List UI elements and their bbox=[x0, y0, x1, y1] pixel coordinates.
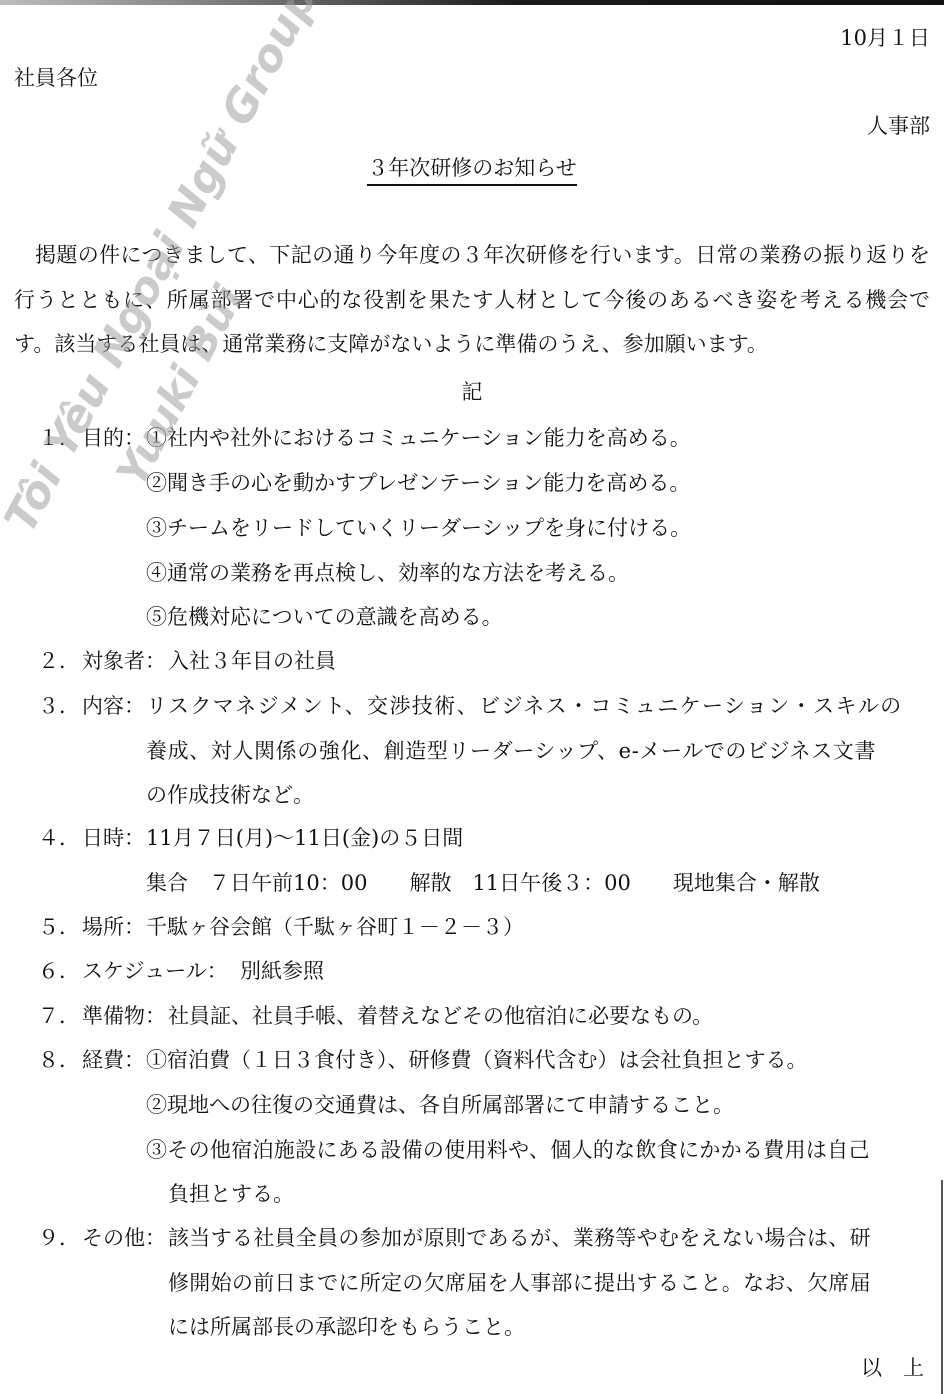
item-number: ９． bbox=[38, 1228, 80, 1249]
item-line: ①社内や社外におけるコミュニケーション能力を高める。 bbox=[146, 428, 691, 449]
item-line: 負担とする。 bbox=[168, 1184, 294, 1205]
ki-heading: 記 bbox=[0, 382, 944, 403]
item-number: ４． bbox=[38, 828, 80, 849]
item-label: 目的： bbox=[82, 428, 145, 449]
item-number: ６． bbox=[38, 961, 80, 982]
item-label: その他： bbox=[82, 1228, 166, 1249]
document-title-wrap: ３年次研修のお知らせ bbox=[0, 158, 944, 186]
item-line: ②現地への往復の交通費は、各自所属部署にて申請すること。 bbox=[146, 1095, 734, 1116]
item-number: ８． bbox=[38, 1050, 80, 1071]
item-line: 入社３年目の社員 bbox=[168, 651, 336, 672]
item-number: １． bbox=[38, 428, 80, 449]
item-label: 経費： bbox=[82, 1050, 145, 1071]
item-line: 千駄ヶ谷会館（千駄ヶ谷町１－２－３） bbox=[146, 917, 524, 938]
body-paragraph: 掲題の件につきまして、下記の通り今年度の３年次研修を行います。日常の業務の振り返… bbox=[14, 233, 930, 367]
item-number: ５． bbox=[38, 917, 80, 938]
closing-mark: 以 上 bbox=[861, 1358, 924, 1379]
document-title: ３年次研修のお知らせ bbox=[367, 158, 576, 186]
item-line: 別紙参照 bbox=[240, 961, 324, 982]
item-label: 日時： bbox=[82, 828, 145, 849]
item-line: ③その他宿泊施設にある設備の使用料や、個人的な飲食にかかる費用は自己 bbox=[146, 1140, 870, 1161]
item-line: ④通常の業務を再点検し、効率的な方法を考える。 bbox=[146, 563, 629, 584]
item-label: 場所： bbox=[82, 917, 145, 938]
item-line: 修開始の前日までに所定の欠席届を人事部に提出すること。なお、欠席届 bbox=[168, 1273, 871, 1294]
item-line: ③チームをリードしていくリーダーシップを身に付ける。 bbox=[146, 518, 691, 539]
item-line: ①宿泊費（１日３食付き）、研修費（資料代含む）は会社負担とする。 bbox=[146, 1050, 808, 1071]
item-label: 対象者： bbox=[82, 651, 166, 672]
item-label: 内容： bbox=[82, 696, 145, 717]
item-line: の作成技術など。 bbox=[146, 785, 314, 806]
item-line: 社員証、社員手帳、着替えなどその他宿泊に必要なもの。 bbox=[168, 1006, 713, 1027]
addressee: 社員各位 bbox=[14, 68, 98, 89]
sender-department: 人事部 bbox=[867, 116, 930, 137]
item-line: 集合 ７日午前10：00 解散 11日午後３：00 現地集合・解散 bbox=[146, 873, 820, 894]
item-line: 11月７日(月)～11日(金)の５日間 bbox=[146, 828, 463, 849]
item-label: 準備物： bbox=[82, 1006, 166, 1027]
item-line: ②聞き手の心を動かすプレゼンテーション能力を高める。 bbox=[146, 473, 690, 494]
item-number: ７． bbox=[38, 1006, 80, 1027]
item-line: には所属部長の承認印をもらうこと。 bbox=[168, 1317, 525, 1338]
item-line: 該当する社員全員の参加が原則であるが、業務等やむをえない場合は、研 bbox=[168, 1228, 871, 1249]
item-line: 養成、対人関係の強化、創造型リーダーシップ、e-メールでのビジネス文書 bbox=[146, 741, 876, 762]
notice-document: 10月１日 社員各位 人事部 ３年次研修のお知らせ 掲題の件につきまして、下記の… bbox=[0, 0, 944, 1394]
document-date: 10月１日 bbox=[840, 28, 930, 49]
item-line: リスクマネジメント、交渉技術、ビジネス・コミュニケーション・スキルの bbox=[146, 696, 903, 717]
item-line: ⑤危機対応についての意識を高める。 bbox=[146, 607, 503, 628]
item-label: スケジュール： bbox=[82, 961, 228, 982]
item-number: ３． bbox=[38, 696, 80, 717]
item-number: ２． bbox=[38, 651, 80, 672]
